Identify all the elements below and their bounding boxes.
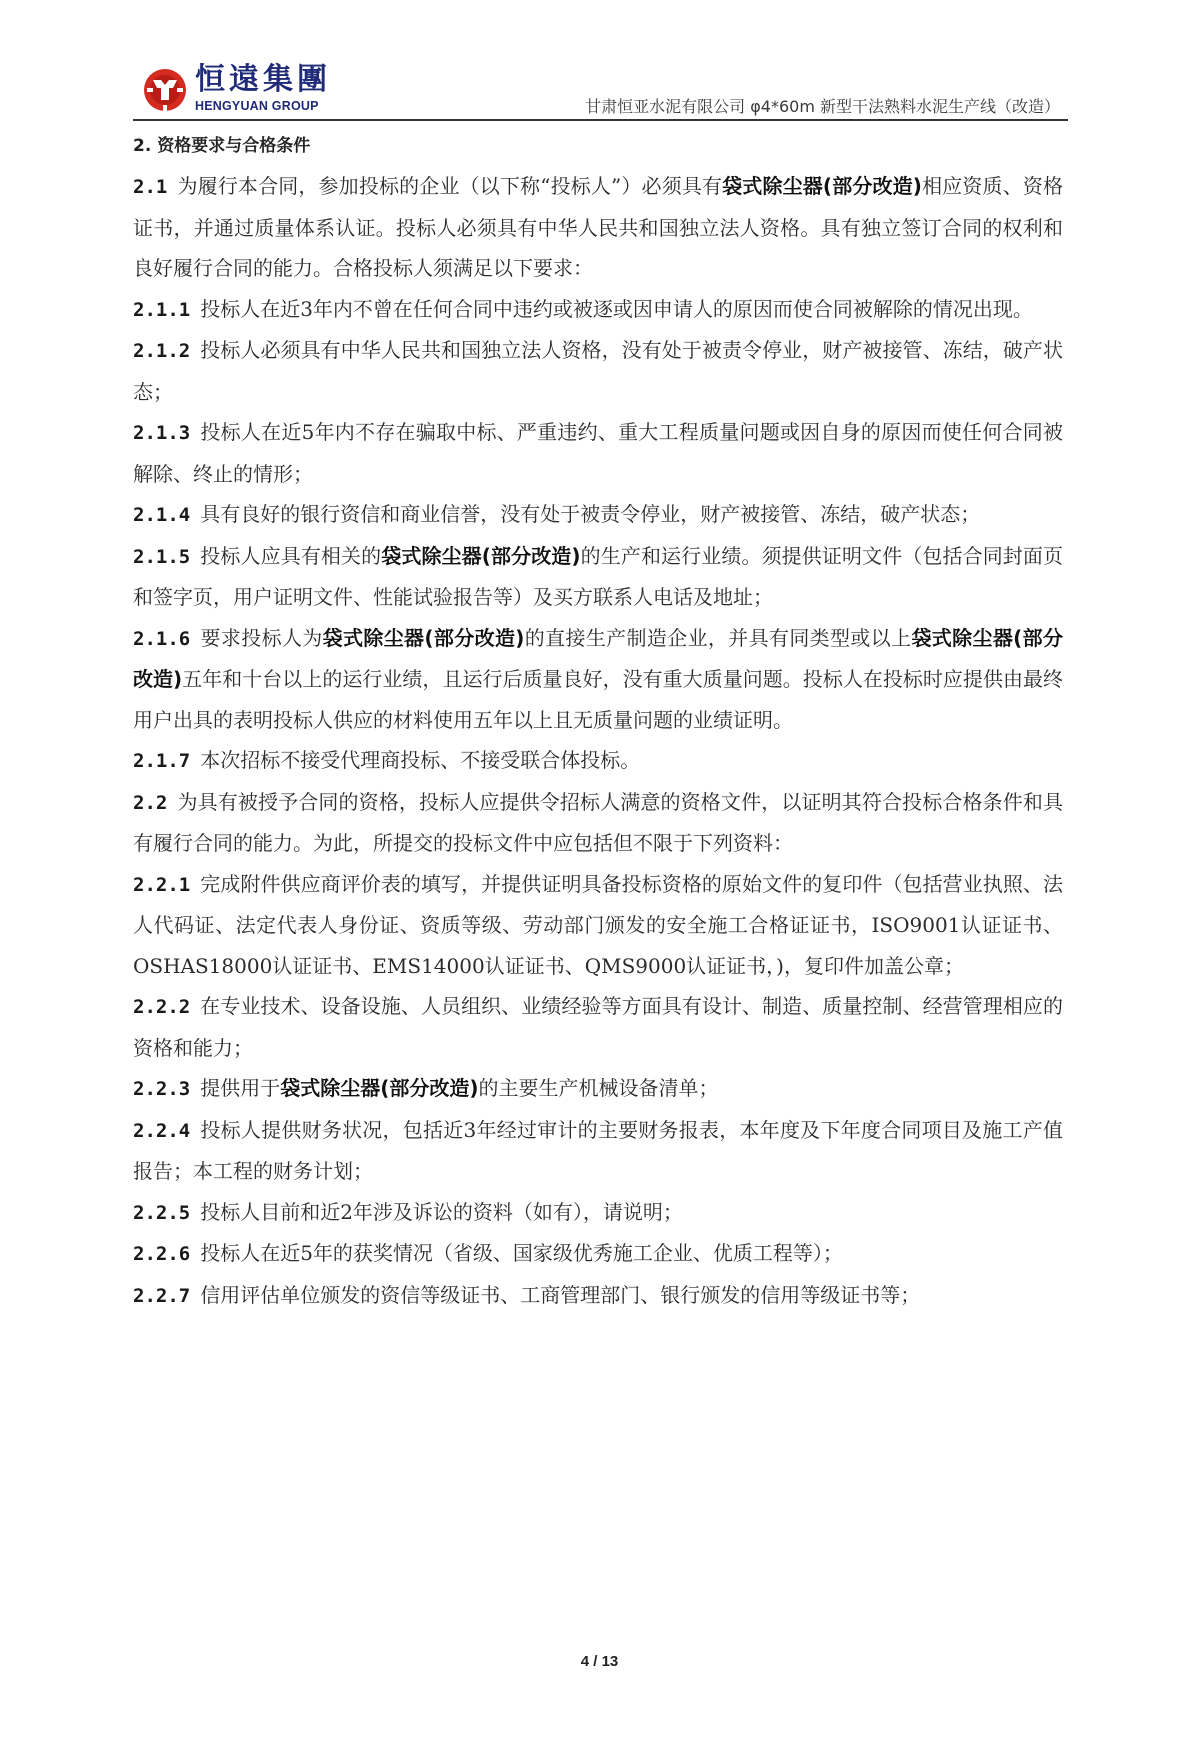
clause-number: 2.1.7 — [133, 750, 190, 772]
clause-number: 2.2.4 — [133, 1120, 190, 1142]
clause-paragraph: 2.2.3提供用于袋式除尘器(部分改造)的主要生产机械设备清单； — [133, 1068, 1063, 1110]
clause-paragraph: 2.1.7本次招标不接受代理商投标、不接受联合体投标。 — [133, 740, 1063, 782]
clause-text: 要求投标人为 — [200, 626, 322, 650]
clause-paragraph: 2.1.6要求投标人为袋式除尘器(部分改造)的直接生产制造企业，并具有同类型或以… — [133, 618, 1063, 741]
clause-number: 2.2 — [133, 792, 167, 814]
clause-number: 2.1 — [133, 176, 167, 198]
logo-chinese-name: 恒遠集團 — [195, 62, 331, 98]
logo-english-name: HENGYUAN GROUP — [195, 99, 319, 113]
clause-text: 投标人应具有相关的 — [200, 544, 381, 568]
clause-paragraph: 2.1为履行本合同，参加投标的企业（以下称“投标人”）必须具有袋式除尘器(部分改… — [133, 166, 1063, 289]
clause-paragraph: 2.2.1完成附件供应商评价表的填写，并提供证明具备投标资格的原始文件的复印件（… — [133, 864, 1063, 987]
page-header: 恒遠集團 HENGYUAN GROUP 甘肃恒亚水泥有限公司 φ4*60m 新型… — [133, 58, 1068, 120]
header-divider — [133, 119, 1068, 121]
clause-number: 2.2.3 — [133, 1078, 190, 1100]
clause-text: 提供用于 — [200, 1076, 280, 1100]
clause-number: 2.2.5 — [133, 1202, 190, 1224]
clause-number: 2.1.2 — [133, 340, 190, 362]
clause-number: 2.1.1 — [133, 299, 190, 321]
clause-number: 2.2.1 — [133, 874, 190, 896]
clause-text: 投标人在近5年的获奖情况（省级、国家级优秀施工企业、优质工程等）； — [200, 1241, 843, 1265]
clause-paragraph: 2.2为具有被授予合同的资格，投标人应提供令招标人满意的资格文件，以证明其符合投… — [133, 782, 1063, 864]
clause-number: 2.2.6 — [133, 1243, 190, 1265]
clause-number: 2.1.6 — [133, 628, 190, 650]
hengyuan-emblem-icon — [143, 68, 187, 112]
emphasized-term: 袋式除尘器(部分改造) — [323, 626, 525, 650]
clause-text: 投标人提供财务状况，包括近3年经过审计的主要财务报表，本年度及下年度合同项目及施… — [133, 1118, 1063, 1184]
clause-number: 2.2.7 — [133, 1285, 190, 1307]
clause-paragraph: 2.2.4投标人提供财务状况，包括近3年经过审计的主要财务报表，本年度及下年度合… — [133, 1110, 1063, 1192]
section-heading: 2. 资格要求与合格条件 — [133, 126, 1063, 166]
clause-paragraph: 2.1.4具有良好的银行资信和商业信誉，没有处于被责令停业，财产被接管、冻结，破… — [133, 494, 1063, 536]
clause-number: 2.1.5 — [133, 546, 190, 568]
clause-text: 的直接生产制造企业，并具有同类型或以上 — [524, 626, 911, 650]
clause-paragraph: 2.1.2投标人必须具有中华人民共和国独立法人资格，没有处于被责令停业，财产被接… — [133, 330, 1063, 412]
document-body: 2. 资格要求与合格条件 2.1为履行本合同，参加投标的企业（以下称“投标人”）… — [133, 126, 1063, 1316]
clause-paragraph: 2.1.3投标人在近5年内不存在骗取中标、严重违约、重大工程质量问题或因自身的原… — [133, 412, 1063, 494]
clause-text: 投标人在近3年内不曾在任何合同中违约或被逐或因申请人的原因而使合同被解除的情况出… — [200, 297, 1033, 321]
clause-text: 信用评估单位颁发的资信等级证书、工商管理部门、银行颁发的信用等级证书等； — [200, 1283, 920, 1307]
clause-paragraph: 2.1.1投标人在近3年内不曾在任何合同中违约或被逐或因申请人的原因而使合同被解… — [133, 289, 1063, 331]
paragraph-list: 2.1为履行本合同，参加投标的企业（以下称“投标人”）必须具有袋式除尘器(部分改… — [133, 166, 1063, 1316]
clause-paragraph: 2.2.6投标人在近5年的获奖情况（省级、国家级优秀施工企业、优质工程等）； — [133, 1233, 1063, 1275]
clause-number: 2.1.3 — [133, 422, 190, 444]
clause-text: 完成附件供应商评价表的填写，并提供证明具备投标资格的原始文件的复印件（包括营业执… — [133, 872, 1063, 978]
emphasized-term: 袋式除尘器(部分改造) — [722, 174, 922, 198]
clause-paragraph: 2.2.5投标人目前和近2年涉及诉讼的资料（如有），请说明； — [133, 1192, 1063, 1234]
clause-text: 为履行本合同，参加投标的企业（以下称“投标人”）必须具有 — [177, 174, 722, 198]
company-logo: 恒遠集團 HENGYUAN GROUP — [143, 62, 333, 118]
clause-paragraph: 2.2.2在专业技术、设备设施、人员组织、业绩经验等方面具有设计、制造、质量控制… — [133, 986, 1063, 1068]
clause-paragraph: 2.1.5投标人应具有相关的袋式除尘器(部分改造)的生产和运行业绩。须提供证明文… — [133, 536, 1063, 618]
clause-text: 本次招标不接受代理商投标、不接受联合体投标。 — [200, 748, 640, 772]
emphasized-term: 袋式除尘器(部分改造) — [381, 544, 580, 568]
clause-text: 投标人在近5年内不存在骗取中标、严重违约、重大工程质量问题或因自身的原因而使任何… — [133, 420, 1063, 486]
clause-number: 2.1.4 — [133, 504, 190, 526]
clause-text: 为具有被授予合同的资格，投标人应提供令招标人满意的资格文件，以证明其符合投标合格… — [133, 790, 1063, 856]
clause-text: 投标人必须具有中华人民共和国独立法人资格，没有处于被责令停业，财产被接管、冻结，… — [133, 338, 1063, 404]
document-page: 恒遠集團 HENGYUAN GROUP 甘肃恒亚水泥有限公司 φ4*60m 新型… — [0, 0, 1199, 1746]
clause-number: 2.2.2 — [133, 996, 190, 1018]
clause-text: 具有良好的银行资信和商业信誉，没有处于被责令停业，财产被接管、冻结，破产状态； — [200, 502, 980, 526]
clause-paragraph: 2.2.7信用评估单位颁发的资信等级证书、工商管理部门、银行颁发的信用等级证书等… — [133, 1275, 1063, 1317]
clause-text: 在专业技术、设备设施、人员组织、业绩经验等方面具有设计、制造、质量控制、经营管理… — [133, 994, 1063, 1060]
page-number: 4 / 13 — [0, 1653, 1199, 1670]
document-title: 甘肃恒亚水泥有限公司 φ4*60m 新型干法熟料水泥生产线（改造） — [585, 94, 1060, 117]
clause-text: 投标人目前和近2年涉及诉讼的资料（如有），请说明； — [200, 1200, 683, 1224]
emphasized-term: 袋式除尘器(部分改造) — [280, 1076, 478, 1100]
clause-text: 五年和十台以上的运行业绩，且运行后质量良好，没有重大质量问题。投标人在投标时应提… — [133, 667, 1063, 732]
clause-text: 的主要生产机械设备清单； — [478, 1076, 718, 1100]
